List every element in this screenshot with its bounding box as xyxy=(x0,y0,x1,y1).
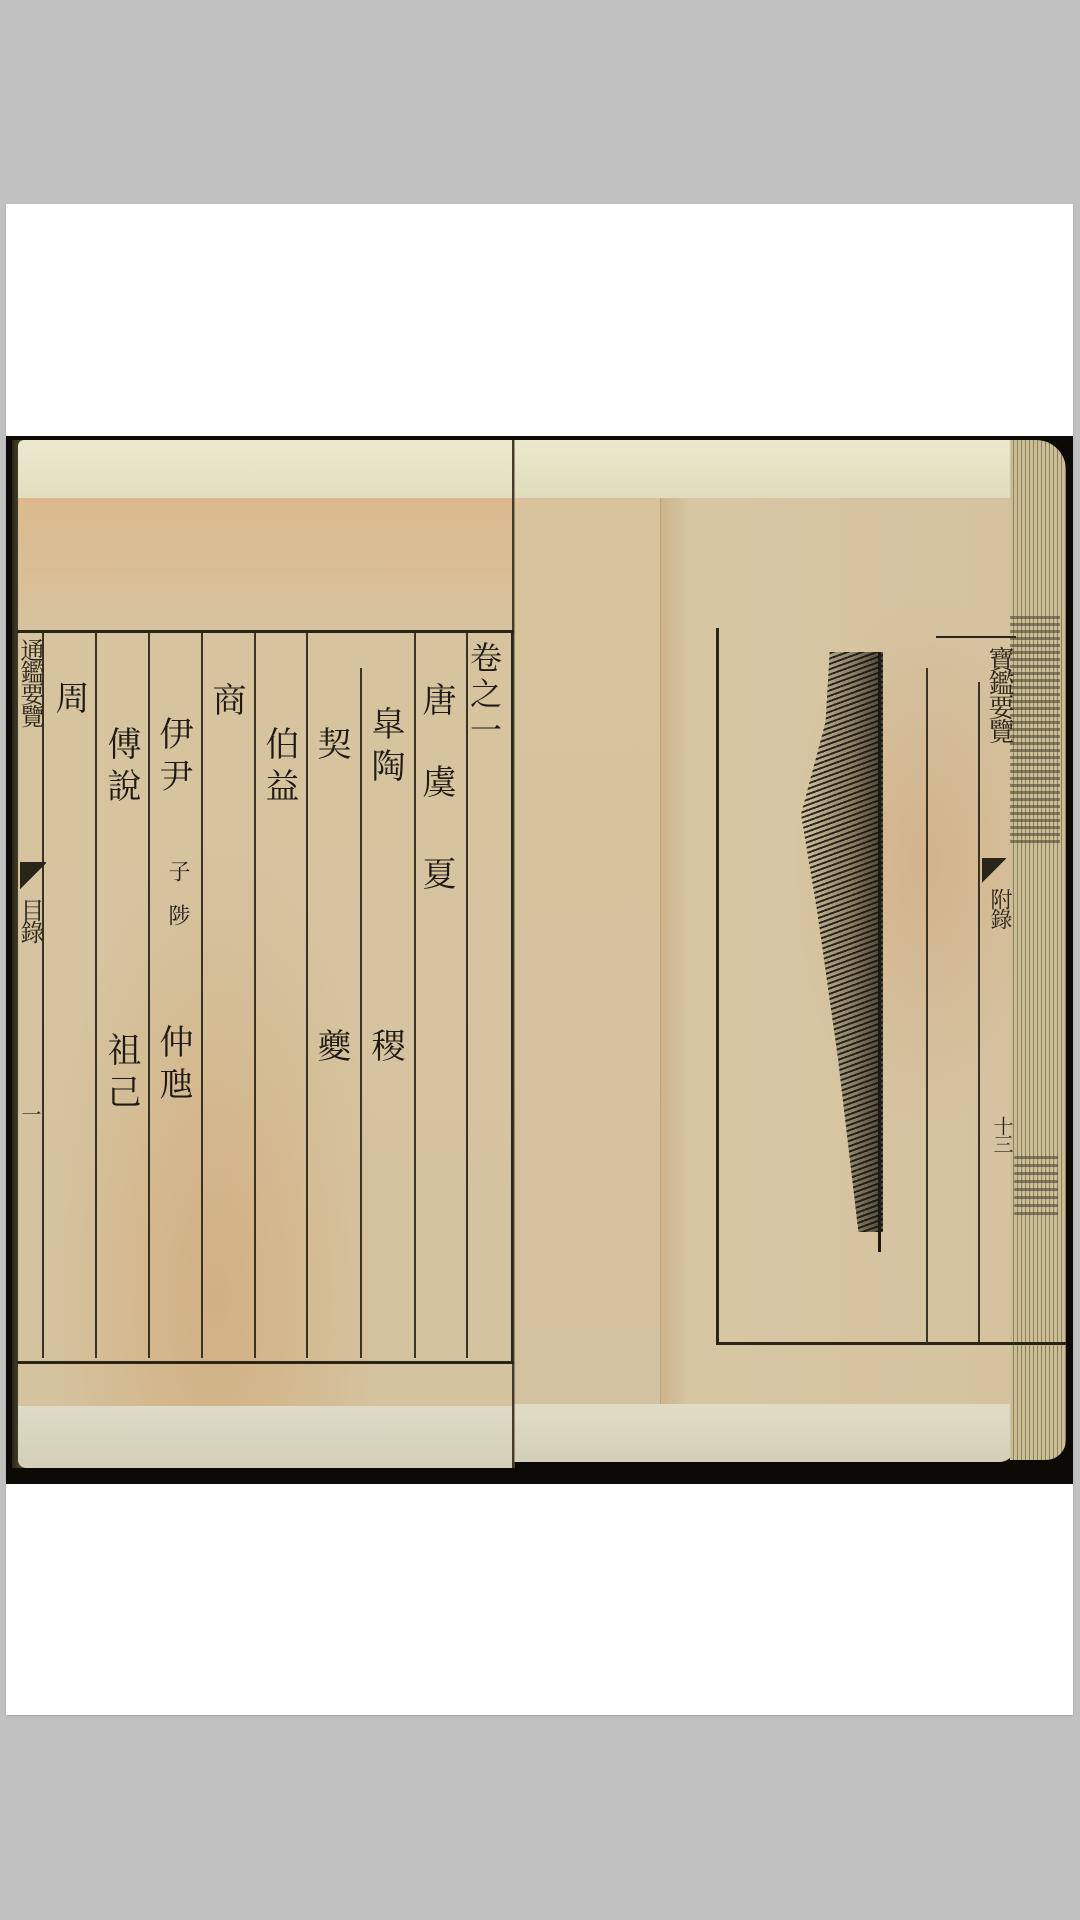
column-rule xyxy=(42,633,44,1358)
right-spine-section: 附錄 xyxy=(988,888,1010,928)
column-rule xyxy=(148,633,150,1358)
column-rule xyxy=(978,682,980,1342)
entry-zhong-hui: 仲虺 xyxy=(156,1024,190,1108)
left-bottom-liner xyxy=(18,1406,512,1468)
entry-xie: 契 xyxy=(314,726,348,772)
page-stack-bleed-text xyxy=(1010,616,1060,846)
column-rule xyxy=(360,668,362,1358)
entry-ji: 稷 xyxy=(368,1028,402,1074)
column-rule xyxy=(254,633,256,1358)
right-spine-page-number: 十三 xyxy=(992,1116,1012,1152)
entry-fu-yue: 傅說 xyxy=(104,726,138,810)
book-scan-image[interactable]: 通鑑要覽 目錄 一 卷之一 唐虞 夏 皐陶 稷 契 夔 伯益 商 伊尹 子陟 仲… xyxy=(6,436,1073,1484)
entry-gao-yao: 皐陶 xyxy=(368,706,402,790)
entry-tang-yu: 唐虞 xyxy=(419,682,453,846)
column-rule xyxy=(926,668,928,1343)
fishtail-mark-icon xyxy=(20,862,46,890)
entry-bo-yi: 伯益 xyxy=(262,726,296,810)
entry-zu-ji: 祖己 xyxy=(104,1032,138,1116)
entry-xia: 夏 xyxy=(419,856,453,902)
ink-smear-edge xyxy=(878,652,881,1252)
fishtail-mark-icon xyxy=(982,858,1006,884)
spine-section: 目錄 xyxy=(18,898,42,942)
entry-shang: 商 xyxy=(209,682,243,728)
spine-title: 通鑑要覽 xyxy=(18,638,42,726)
entry-yi-yin: 伊尹 xyxy=(156,716,190,800)
spine-page-mark: 一 xyxy=(20,1104,40,1122)
column-rule xyxy=(201,633,203,1358)
column-rule xyxy=(306,633,308,1358)
column-rule xyxy=(95,633,97,1358)
right-frame-top-rule xyxy=(936,636,1016,638)
entry-zhou: 周 xyxy=(52,680,86,726)
right-top-liner xyxy=(514,440,1010,498)
page-stack-edge xyxy=(1010,440,1066,1460)
right-text-frame-bottom-border xyxy=(716,1342,1066,1345)
volume-heading: 卷之一 xyxy=(468,641,500,749)
page-stack-bleed-text xyxy=(1014,1156,1058,1216)
right-spine-title: 寶鑑要覽 xyxy=(986,646,1012,742)
entry-zi-zhi: 子陟 xyxy=(166,860,188,948)
left-top-liner xyxy=(18,440,512,498)
right-text-frame-left-border xyxy=(716,628,719,1344)
entry-kui: 夔 xyxy=(314,1028,348,1074)
left-frame-right-border xyxy=(511,630,513,1361)
right-bottom-liner xyxy=(514,1404,1014,1462)
